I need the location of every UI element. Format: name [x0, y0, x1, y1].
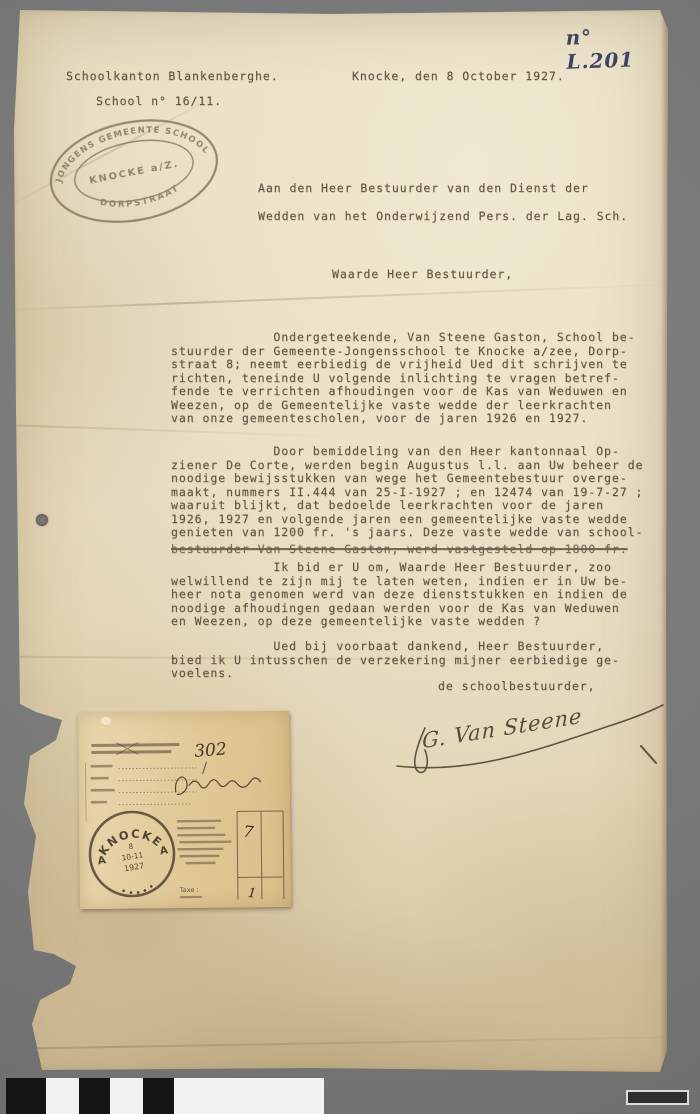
- text-line: noodige afhoudingen gedaan werden voor d…: [171, 602, 628, 616]
- register-number-annotation: n° L.201: [565, 22, 669, 74]
- paragraph-2: Door bemiddeling van den Heer kantonnaal…: [171, 445, 643, 540]
- receipt-printed-block: [177, 820, 231, 865]
- text-line: welwillend te zijn mij te laten weten, i…: [171, 575, 628, 589]
- text-line: maakt, nummers II.444 van 25-I-1927 ; en…: [171, 486, 643, 500]
- text-line: noodige bewijsstukken van wege het Gemee…: [171, 472, 643, 486]
- text-line: stuurder der Gemeente-Jongensschool te K…: [171, 345, 636, 359]
- recipient-address: Aan den Heer Bestuurder van den Dienst d…: [258, 174, 628, 230]
- text-line: Door bemiddeling van den Heer kantonnaal…: [171, 445, 643, 459]
- postmark-year: 1927: [123, 861, 145, 873]
- text-line: Ondergeteekende, Van Steene Gaston, Scho…: [171, 331, 636, 345]
- signature: G. Van Steene: [385, 686, 670, 786]
- date-line: Knocke, den 8 October 1927.: [352, 70, 565, 84]
- receipt-handwritten-entry: [175, 776, 260, 794]
- calibration-square-black: [6, 1078, 46, 1114]
- canton-line: Schoolkanton Blankenberghe.: [66, 70, 279, 84]
- postmark-stamp: KNOCKE A A 8 10-11 1927: [84, 806, 180, 902]
- text-line: Ued bij voorbaat dankend, Heer Bestuurde…: [171, 640, 620, 654]
- paper-crease: [12, 424, 342, 438]
- calibration-square-white: [110, 1078, 143, 1114]
- receipt-amount-bottom: 1: [247, 886, 257, 902]
- text-line: genieten van 1200 fr. 's jaars. Deze vas…: [171, 526, 643, 540]
- text-line: 1926, 1927 en volgende jaren een gemeent…: [171, 513, 643, 527]
- text-line: Aan den Heer Bestuurder van den Dienst d…: [258, 174, 628, 202]
- receipt-tax-label: Taxe :: [179, 886, 199, 894]
- text-line: richten, teneinde U volgende inlichting …: [171, 372, 636, 386]
- postmark-time: 8: [128, 842, 134, 852]
- text-line: waaruit blijkt, dat bedoelde leerkrachte…: [171, 499, 643, 513]
- receipt-office-number: 302: [194, 739, 228, 762]
- salutation: Waarde Heer Bestuurder,: [332, 268, 513, 282]
- text-line: van onze gemeentescholen, voor de jaren …: [171, 412, 636, 426]
- scale-marker: [626, 1090, 689, 1105]
- stamp-center-text: KNOCKE a/Z.: [88, 158, 180, 186]
- school-oval-stamp: JONGENS GEMEENTE SCHOOL KNOCKE a/Z. DORP…: [33, 97, 237, 245]
- scanned-letter-page: n° L.201 Schoolkanton Blankenberghe. Kno…: [0, 0, 700, 1114]
- text-line: fende te verrichten afhoudingen voor de …: [171, 385, 636, 399]
- paragraph-2-struck-line: bestuurder Van Steene Gaston, werd vastg…: [171, 543, 628, 557]
- postmark-letter-right: A: [159, 844, 170, 857]
- signature-name: G. Van Steene: [422, 703, 582, 754]
- text-line: Wedden van het Onderwijzend Pers. der La…: [258, 202, 628, 230]
- receipt-tick-mark: [202, 762, 206, 774]
- paragraph-1: Ondergeteekende, Van Steene Gaston, Scho…: [171, 331, 636, 426]
- text-line: Ik bid er U om, Waarde Heer Bestuurder, …: [171, 561, 628, 575]
- calibration-square-black: [143, 1078, 174, 1114]
- receipt-light-spot: [101, 717, 111, 725]
- paragraph-4: Ued bij voorbaat dankend, Heer Bestuurde…: [171, 640, 620, 681]
- receipt-tax-line: [180, 896, 202, 898]
- text-line: heer nota genomen werd van deze dienstst…: [171, 588, 628, 602]
- paragraph-3: Ik bid er U om, Waarde Heer Bestuurder, …: [171, 561, 628, 629]
- signature-tail-stroke: [641, 746, 656, 763]
- text-line: Weezen, op de Gemeentelijke vaste wedde …: [171, 399, 636, 413]
- text-line: straat 8; neemt eerbiedig de vrijheid Ue…: [171, 358, 636, 372]
- letter-paper: n° L.201 Schoolkanton Blankenberghe. Kno…: [12, 10, 668, 1072]
- receipt-form-lines: [119, 768, 197, 805]
- receipt-amount-top: 7: [242, 822, 255, 842]
- text-line: bied ik U intusschen de verzekering mijn…: [171, 654, 620, 668]
- calibration-square-black: [79, 1078, 110, 1114]
- punch-hole: [36, 514, 48, 526]
- paper-crease: [12, 1036, 672, 1050]
- paper-crease: [2, 283, 682, 311]
- text-line: ziener De Corte, werden begin Augustus l…: [171, 459, 643, 473]
- receipt-row-labels: [91, 765, 115, 804]
- calibration-bar-white: [174, 1078, 324, 1114]
- calibration-square-white: [46, 1078, 79, 1114]
- text-line: en Weezen, op deze gemeentelijke vaste w…: [171, 615, 628, 629]
